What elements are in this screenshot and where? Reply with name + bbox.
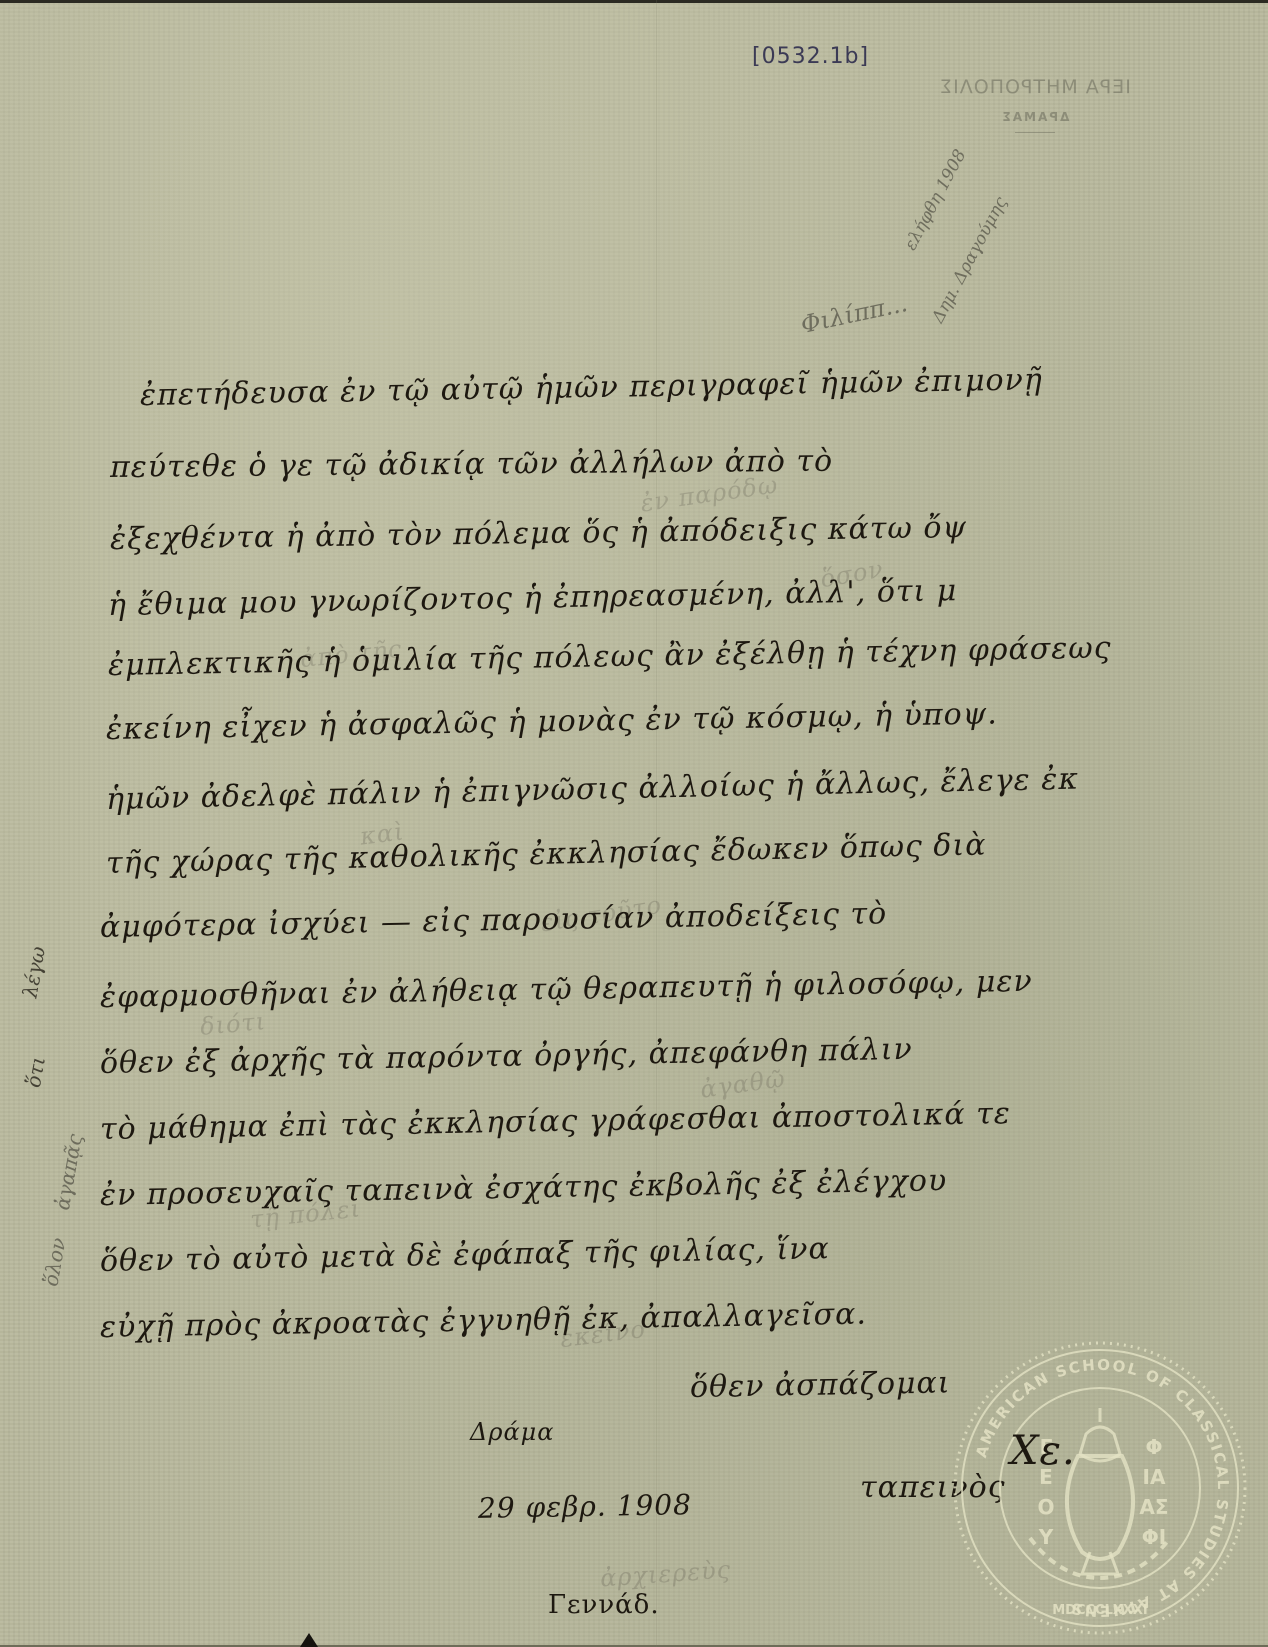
signature: Χε. xyxy=(1010,1428,1076,1474)
svg-text:MDCCCLXXXI: MDCCCLXXXI xyxy=(1052,1603,1148,1618)
letterhead-line-2: ΔΡΑΜΑΣ xyxy=(920,110,1150,124)
svg-text:ΑΣ: ΑΣ xyxy=(1139,1495,1168,1519)
scan-top-edge xyxy=(0,0,1268,3)
paper-fold-line xyxy=(656,0,657,1647)
closing-place: Δράμα xyxy=(470,1418,554,1446)
svg-text:Φ: Φ xyxy=(1145,1435,1162,1459)
svg-text:Υ: Υ xyxy=(1038,1525,1054,1549)
archive-reference: [0532.1b] xyxy=(752,44,869,69)
letterhead-line-1: ΙΕΡΑ ΜΗΤΡΟΠΟΛΙΣ xyxy=(920,76,1150,98)
body-line: πεύτεθε ὁ γε τῷ ἀδικίᾳ τῶν ἀλλήλων ἀπὸ τ… xyxy=(110,444,833,485)
body-line: ὅθεν ἀσπάζομαι xyxy=(690,1365,951,1405)
svg-text:Ο: Ο xyxy=(1037,1495,1054,1519)
mirrored-letterhead: ΙΕΡΑ ΜΗΤΡΟΠΟΛΙΣ ΔΡΑΜΑΣ xyxy=(920,76,1150,133)
svg-text:AMERICAN SCHOOL OF CLASSICAL S: AMERICAN SCHOOL OF CLASSICAL STUDIES AT … xyxy=(972,1356,1232,1620)
svg-text:ΙΑ: ΙΑ xyxy=(1143,1465,1166,1489)
scan-corner-marker xyxy=(300,1633,318,1647)
closing-date: 29 φεβρ. 1908 xyxy=(478,1488,692,1525)
svg-text:ΦΙ: ΦΙ xyxy=(1142,1525,1166,1549)
closing-below-date: Γεννάδ. xyxy=(548,1590,660,1620)
watermark-seal-icon: AMERICAN SCHOOL OF CLASSICAL STUDIES AT … xyxy=(950,1338,1250,1638)
letterhead-rule xyxy=(1015,132,1055,133)
